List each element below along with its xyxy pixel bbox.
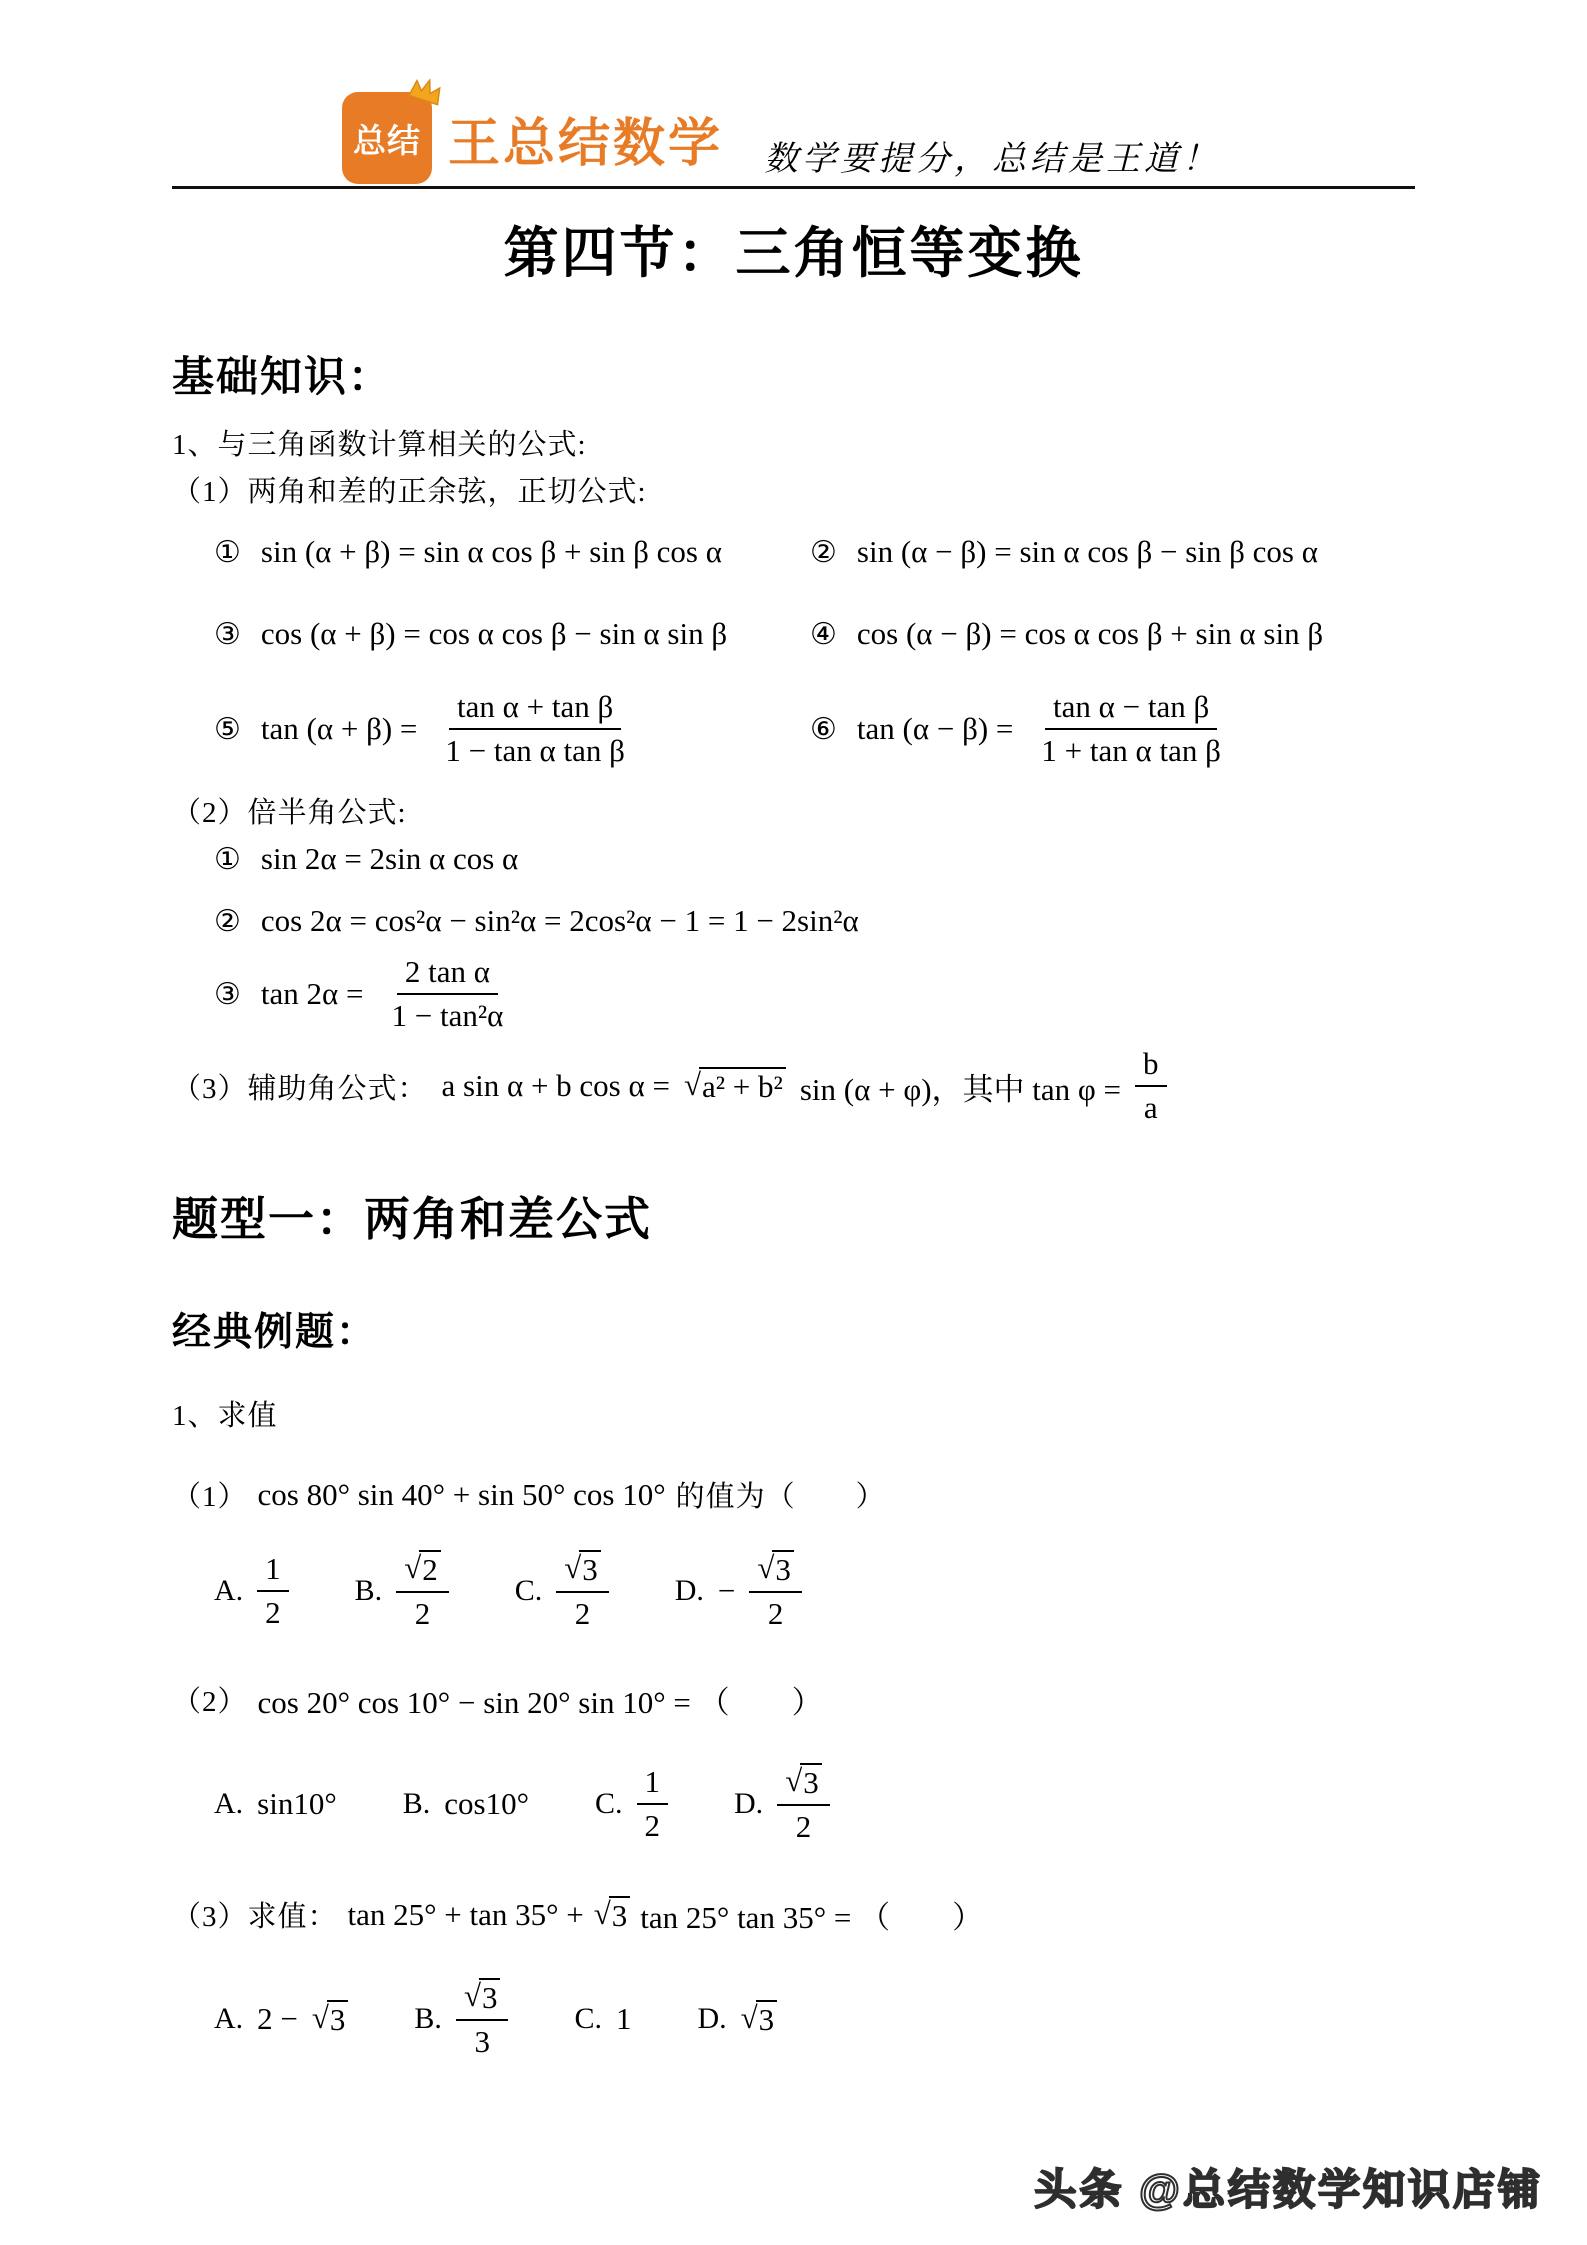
question-label: （1）	[172, 1474, 248, 1515]
sqrt-radicand: 3	[479, 1978, 501, 2016]
page-title: 第四节：三角恒等变换	[172, 209, 1415, 288]
formula-body: sin (α − β) = sin α cos β − sin β cos α	[857, 534, 1318, 570]
option-a: A. 2 − √ 3	[214, 2000, 348, 2038]
fraction-denominator: 1 − tan²α	[384, 995, 512, 1035]
formula-sin-diff: ② sin (α − β) = sin α cos β − sin β cos …	[810, 534, 1318, 570]
sqrt-expression: √ a² + b²	[684, 1067, 786, 1105]
option-value: 1	[616, 2001, 632, 2037]
formula-number: ③	[214, 617, 241, 652]
brand-logo: 总结 王总结数学	[342, 92, 723, 184]
option-value: cos10°	[444, 1786, 529, 1822]
aux-mid: sin (α + φ)，其中 tan φ =	[800, 1064, 1121, 1109]
formula-number: ④	[810, 617, 837, 652]
fraction-numerator: √3	[749, 1549, 802, 1593]
aux-label: （3）辅助角公式：	[172, 1066, 428, 1107]
formula-body: sin (α + β) = sin α cos β + sin β cos α	[261, 534, 722, 570]
fraction: b a	[1135, 1045, 1167, 1127]
question-label: （3）求值：	[172, 1894, 338, 1935]
formula-cos-sum: ③ cos (α + β) = cos α cos β − sin α sin …	[214, 616, 810, 652]
option-value-pre: 2 −	[257, 2001, 298, 2037]
formula-body: sin 2α = 2sin α cos α	[261, 841, 518, 877]
option-d: D. − √3 2	[675, 1549, 802, 1633]
sqrt-radicand: 3	[579, 1550, 601, 1588]
fraction: √3 2	[556, 1549, 609, 1633]
watermark: 头条 @总结数学知识店铺	[1034, 2157, 1543, 2217]
type1-heading: 题型一：两角和差公式	[172, 1183, 1415, 1249]
formula-row-3: ⑤ tan (α + β) = tan α + tan β 1 − tan α …	[172, 688, 1415, 770]
formula-number: ③	[214, 977, 241, 1012]
option-c: C. √3 2	[515, 1549, 609, 1633]
formula-row-2: ③ cos (α + β) = cos α cos β − sin α sin …	[172, 616, 1415, 652]
formula-sin-2a: ① sin 2α = 2sin α cos α	[172, 841, 1415, 877]
option-letter: A.	[214, 1574, 243, 1608]
fraction: 1 2	[637, 1763, 669, 1845]
formula-row-1: ① sin (α + β) = sin α cos β + sin β cos …	[172, 534, 1415, 570]
brand-name: 王总结数学	[448, 101, 723, 176]
question-expression-pre: tan 25° + tan 35° +	[348, 1897, 584, 1933]
sqrt-expression: √ 3	[741, 2000, 778, 2038]
fraction-denominator: 2	[407, 1593, 439, 1633]
q3-options: A. 2 − √ 3 B. √3 3 C. 1 D.	[172, 1977, 1415, 2061]
fraction: √3 3	[456, 1977, 509, 2061]
option-a: A. 1 2	[214, 1550, 289, 1632]
question-label: （2）	[172, 1679, 248, 1720]
page-header: 总结 王总结数学 数学要提分，总结是王道！	[172, 0, 1415, 189]
formula-number: ①	[214, 535, 241, 570]
formula-lhs: tan (α + β) =	[261, 711, 418, 747]
fraction-numerator: √3	[556, 1549, 609, 1593]
basics-heading: 基础知识：	[172, 344, 1415, 404]
option-c: C. 1 2	[595, 1763, 668, 1845]
minus-sign: −	[718, 1573, 735, 1609]
aux-pre: a sin α + b cos α =	[442, 1068, 670, 1104]
examples-heading: 经典例题：	[172, 1301, 1415, 1357]
question-intro: 1、求值	[172, 1393, 1415, 1434]
formula-number: ⑥	[810, 712, 837, 747]
formula-body: cos 2α = cos²α − sin²α = 2cos²α − 1 = 1 …	[261, 903, 859, 939]
basics-sub1: （1）两角和差的正余弦，正切公式:	[172, 469, 1415, 510]
sqrt-radicand: 3	[327, 2000, 349, 2038]
option-letter: D.	[734, 1787, 763, 1821]
option-letter: B.	[355, 1574, 383, 1608]
q1-options: A. 1 2 B. √2 2 C. √3 2	[172, 1549, 1415, 1633]
option-d: D. √3 2	[734, 1762, 830, 1846]
fraction-numerator: 1	[257, 1550, 289, 1592]
fraction-denominator: 2	[567, 1593, 599, 1633]
option-letter: B.	[414, 2002, 442, 2036]
sqrt-radicand: 3	[800, 1763, 822, 1801]
formula-body: cos (α + β) = cos α cos β − sin α sin β	[261, 616, 727, 652]
question-1: （1） cos 80° sin 40° + sin 50° cos 10° 的值…	[172, 1474, 1415, 1515]
basics-sub2: （2）倍半角公式:	[172, 790, 1415, 831]
option-b: B. √3 3	[414, 1977, 508, 2061]
option-a: A. sin10°	[214, 1786, 337, 1822]
option-b: B. √2 2	[355, 1549, 449, 1633]
formula-number: ①	[214, 842, 241, 877]
option-b: B. cos10°	[403, 1786, 529, 1822]
fraction-denominator: 2	[637, 1805, 669, 1845]
formula-number: ②	[214, 904, 241, 939]
formula-auxiliary-angle: （3）辅助角公式： a sin α + b cos α = √ a² + b² …	[172, 1045, 1415, 1127]
formula-number: ②	[810, 535, 837, 570]
question-3: （3）求值： tan 25° + tan 35° + √ 3 tan 25° t…	[172, 1892, 1415, 1937]
q2-options: A. sin10° B. cos10° C. 1 2 D. √3 2	[172, 1762, 1415, 1846]
fraction: √3 2	[777, 1762, 830, 1846]
option-letter: D.	[697, 2002, 726, 2036]
formula-lhs: tan 2α =	[261, 976, 364, 1012]
fraction-numerator: √3	[777, 1762, 830, 1806]
sqrt-radicand: a² + b²	[699, 1067, 786, 1105]
option-value: sin10°	[257, 1786, 337, 1822]
sqrt-radicand: 3	[609, 1896, 631, 1934]
fraction-numerator: 1	[637, 1763, 669, 1805]
option-letter: C.	[574, 2002, 602, 2036]
fraction-denominator: 3	[466, 2021, 498, 2061]
question-expression: cos 20° cos 10° − sin 20° sin 10° = （ ）	[258, 1677, 823, 1722]
fraction-numerator: √3	[456, 1977, 509, 2021]
slogan-text: 数学要提分，总结是王道！	[764, 131, 1220, 180]
fraction: 1 2	[257, 1550, 289, 1632]
formula-tan-diff: ⑥ tan (α − β) = tan α − tan β 1 + tan α …	[810, 688, 1229, 770]
formula-lhs: tan (α − β) =	[857, 711, 1014, 747]
formula-cos-2a: ② cos 2α = cos²α − sin²α = 2cos²α − 1 = …	[172, 903, 1415, 939]
option-c: C. 1	[574, 2001, 631, 2037]
sqrt-radicand: 3	[772, 1550, 794, 1588]
question-suffix: 的值为（ ）	[676, 1474, 886, 1515]
fraction-numerator: b	[1135, 1045, 1167, 1087]
fraction-numerator: √2	[396, 1549, 449, 1593]
basics-intro: 1、与三角函数计算相关的公式:	[172, 422, 1415, 463]
fraction-numerator: tan α + tan β	[449, 688, 621, 730]
formula-number: ⑤	[214, 712, 241, 747]
formula-body: cos (α − β) = cos α cos β + sin α sin β	[857, 616, 1323, 652]
crown-icon	[405, 73, 448, 110]
fraction-numerator: 2 tan α	[397, 953, 498, 995]
option-letter: C.	[595, 1787, 623, 1821]
fraction: 2 tan α 1 − tan²α	[384, 953, 512, 1035]
option-letter: B.	[403, 1787, 431, 1821]
logo-badge-text: 总结	[353, 115, 421, 162]
question-expression: cos 80° sin 40° + sin 50° cos 10°	[258, 1477, 666, 1513]
sqrt-expression: √ 3	[312, 2000, 349, 2038]
sqrt-radicand: 2	[419, 1550, 441, 1588]
sqrt-expression: √ 3	[594, 1896, 631, 1934]
option-letter: D.	[675, 1574, 704, 1608]
formula-cos-diff: ④ cos (α − β) = cos α cos β + sin α sin …	[810, 616, 1323, 652]
option-d: D. √ 3	[697, 2000, 777, 2038]
fraction-denominator: 2	[760, 1593, 792, 1633]
option-letter: A.	[214, 2002, 243, 2036]
fraction-numerator: tan α − tan β	[1045, 688, 1217, 730]
formula-sin-sum: ① sin (α + β) = sin α cos β + sin β cos …	[214, 534, 810, 570]
option-letter: A.	[214, 1787, 243, 1821]
fraction: tan α − tan β 1 + tan α tan β	[1033, 688, 1229, 770]
formula-tan-sum: ⑤ tan (α + β) = tan α + tan β 1 − tan α …	[214, 688, 810, 770]
fraction: tan α + tan β 1 − tan α tan β	[437, 688, 633, 770]
logo-badge: 总结	[342, 92, 432, 184]
fraction-denominator: 1 − tan α tan β	[437, 730, 633, 770]
question-expression-post: tan 25° tan 35° = （ ）	[640, 1892, 983, 1937]
fraction-denominator: 1 + tan α tan β	[1033, 730, 1229, 770]
fraction-denominator: a	[1136, 1087, 1166, 1127]
formula-tan-2a: ③ tan 2α = 2 tan α 1 − tan²α	[172, 953, 1415, 1035]
question-2: （2） cos 20° cos 10° − sin 20° sin 10° = …	[172, 1677, 1415, 1722]
fraction: √2 2	[396, 1549, 449, 1633]
fraction-denominator: 2	[257, 1592, 289, 1632]
sqrt-radicand: 3	[756, 2000, 778, 2038]
fraction-denominator: 2	[788, 1806, 820, 1846]
option-letter: C.	[515, 1574, 543, 1608]
fraction: √3 2	[749, 1549, 802, 1633]
worksheet-page: 总结 王总结数学 数学要提分，总结是王道！ 第四节：三角恒等变换 基础知识： 1…	[0, 0, 1587, 2245]
